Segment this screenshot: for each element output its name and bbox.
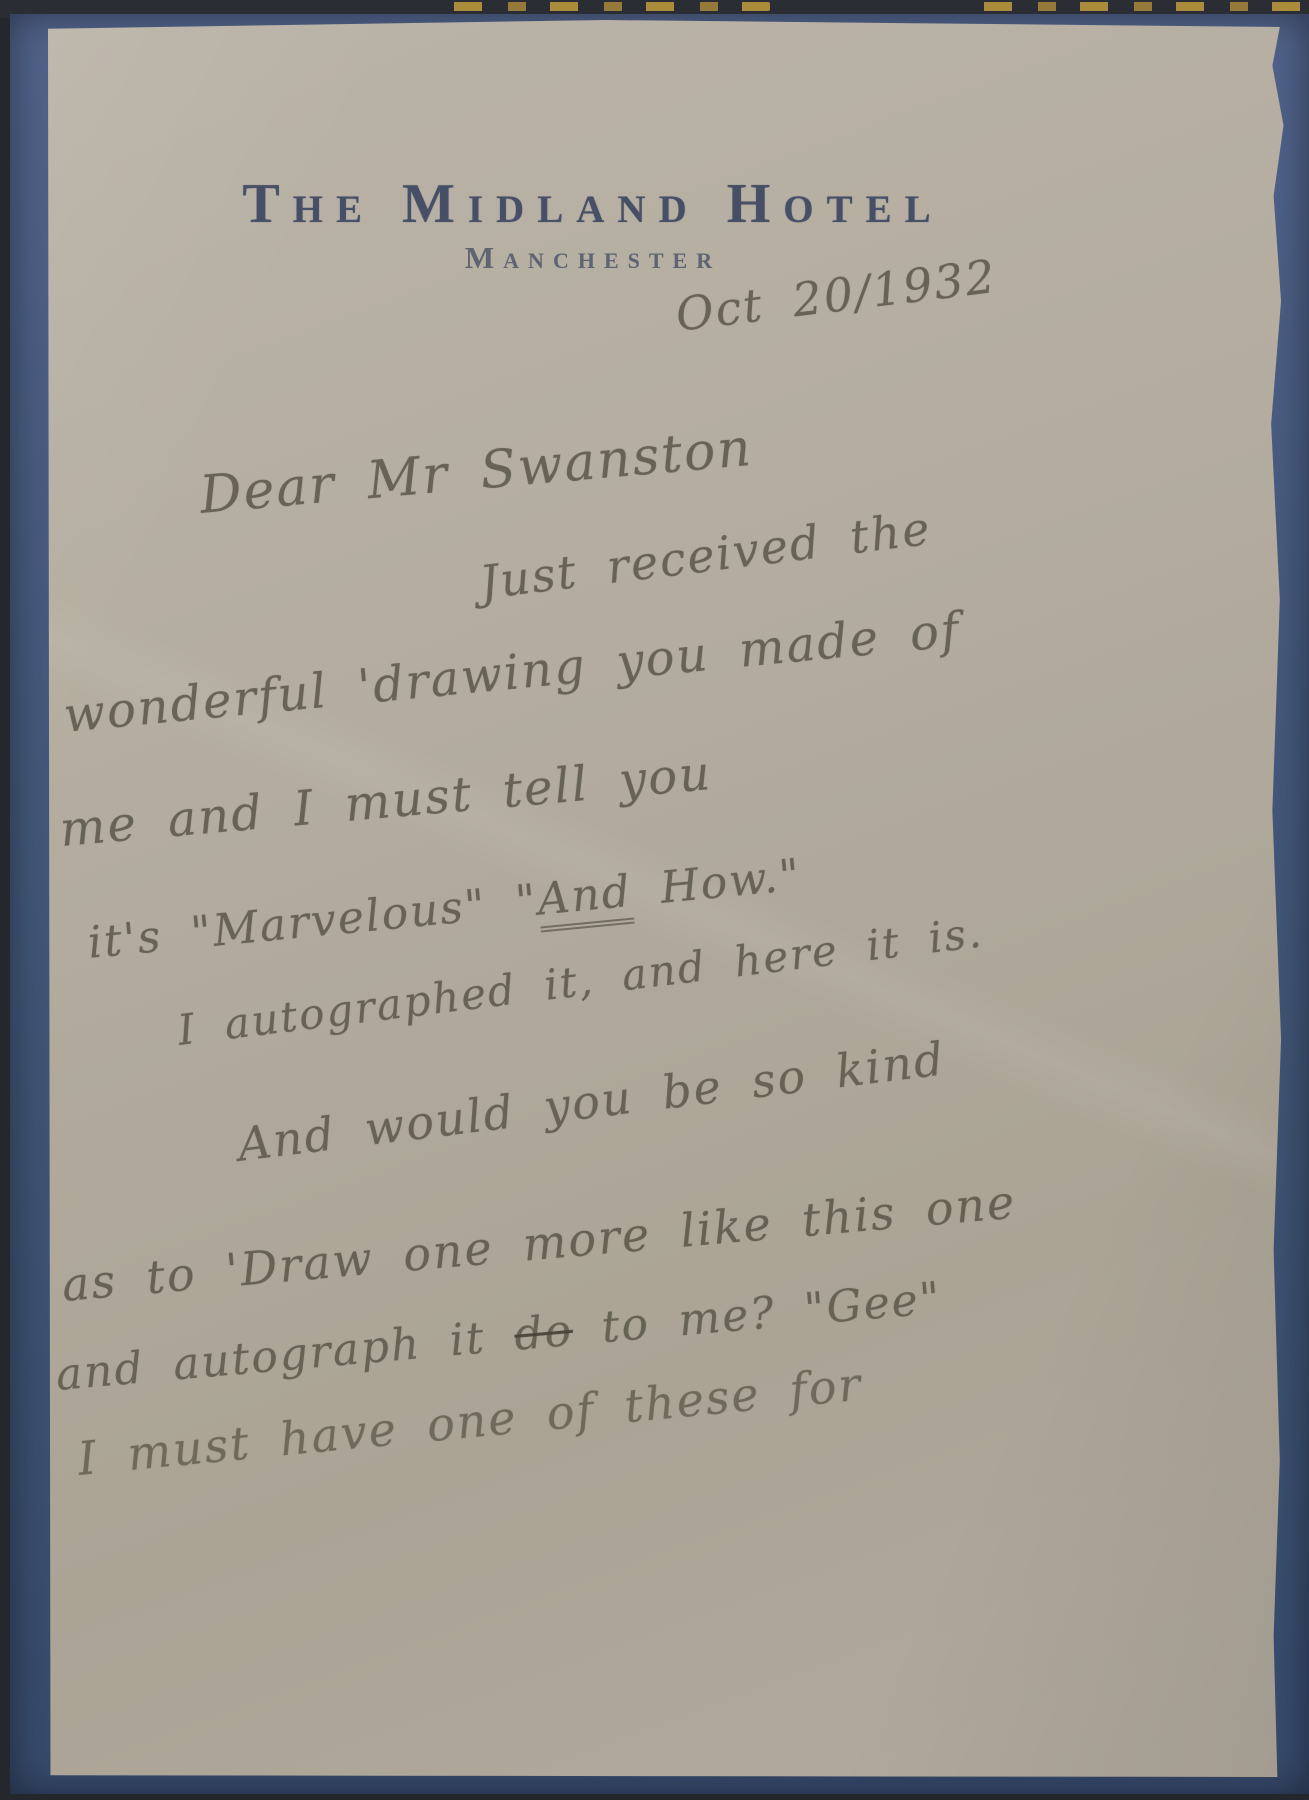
line-text: How." (629, 849, 804, 916)
framed-letter-photo: The Midland Hotel Manchester Oct 20/1932… (0, 0, 1309, 1800)
letter-line: And would you be so kind (235, 1031, 948, 1171)
letter-line: Just received the (477, 501, 935, 610)
letter-line-salutation: Dear Mr Swanston (197, 418, 755, 526)
underlined-word: And (535, 866, 634, 933)
line-text: to me? "Gee" (571, 1273, 944, 1356)
line-text: it's "Marvelous" " (86, 875, 541, 969)
letter-paper: The Midland Hotel Manchester Oct 20/1932… (48, 20, 1286, 1777)
line-text: and autograph it (54, 1310, 517, 1401)
gold-fleck-strip-right (960, 2, 1305, 11)
hotel-name: The Midland Hotel (48, 172, 1138, 236)
letter-line: wonderful 'drawing you made of (61, 602, 963, 744)
crossed-out-word: do (512, 1305, 575, 1361)
gold-fleck-strip-left (430, 2, 770, 11)
letter-line: me and I must tell you (58, 745, 715, 858)
